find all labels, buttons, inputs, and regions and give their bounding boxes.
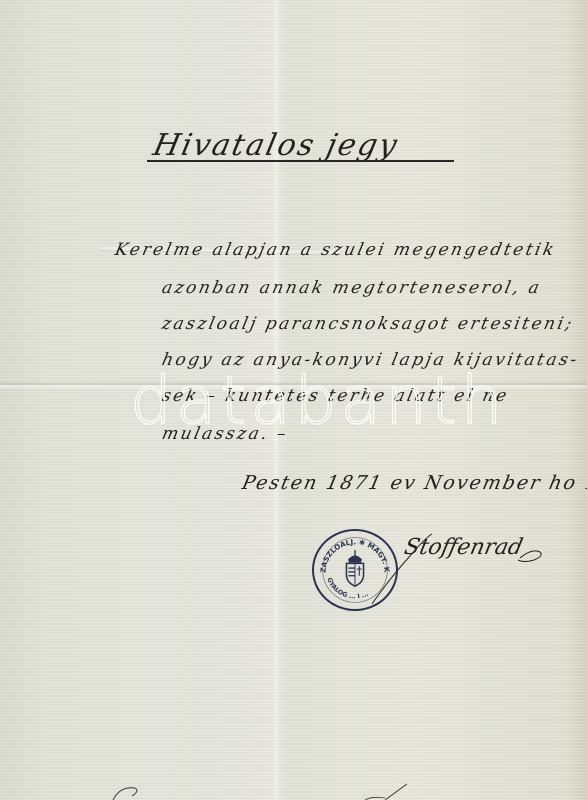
title-underline (147, 160, 454, 162)
place-and-date: Pesten 1871 ev November ho 17 en (240, 472, 587, 494)
body-line: azonban annak megtorteneserol, a (160, 278, 543, 298)
partial-handwriting-bottom (0, 760, 587, 800)
body-line: zaszloalj parancsnoksagot ertesiteni; (160, 314, 576, 334)
signature-flourish-icon (370, 528, 570, 608)
coat-of-arms-icon (346, 550, 363, 586)
body-line: Kerelme alapjan a szulei megengedtetik (113, 240, 558, 260)
document-title: Hivatalos jegy (150, 128, 402, 163)
watermark: databanth (130, 362, 507, 439)
